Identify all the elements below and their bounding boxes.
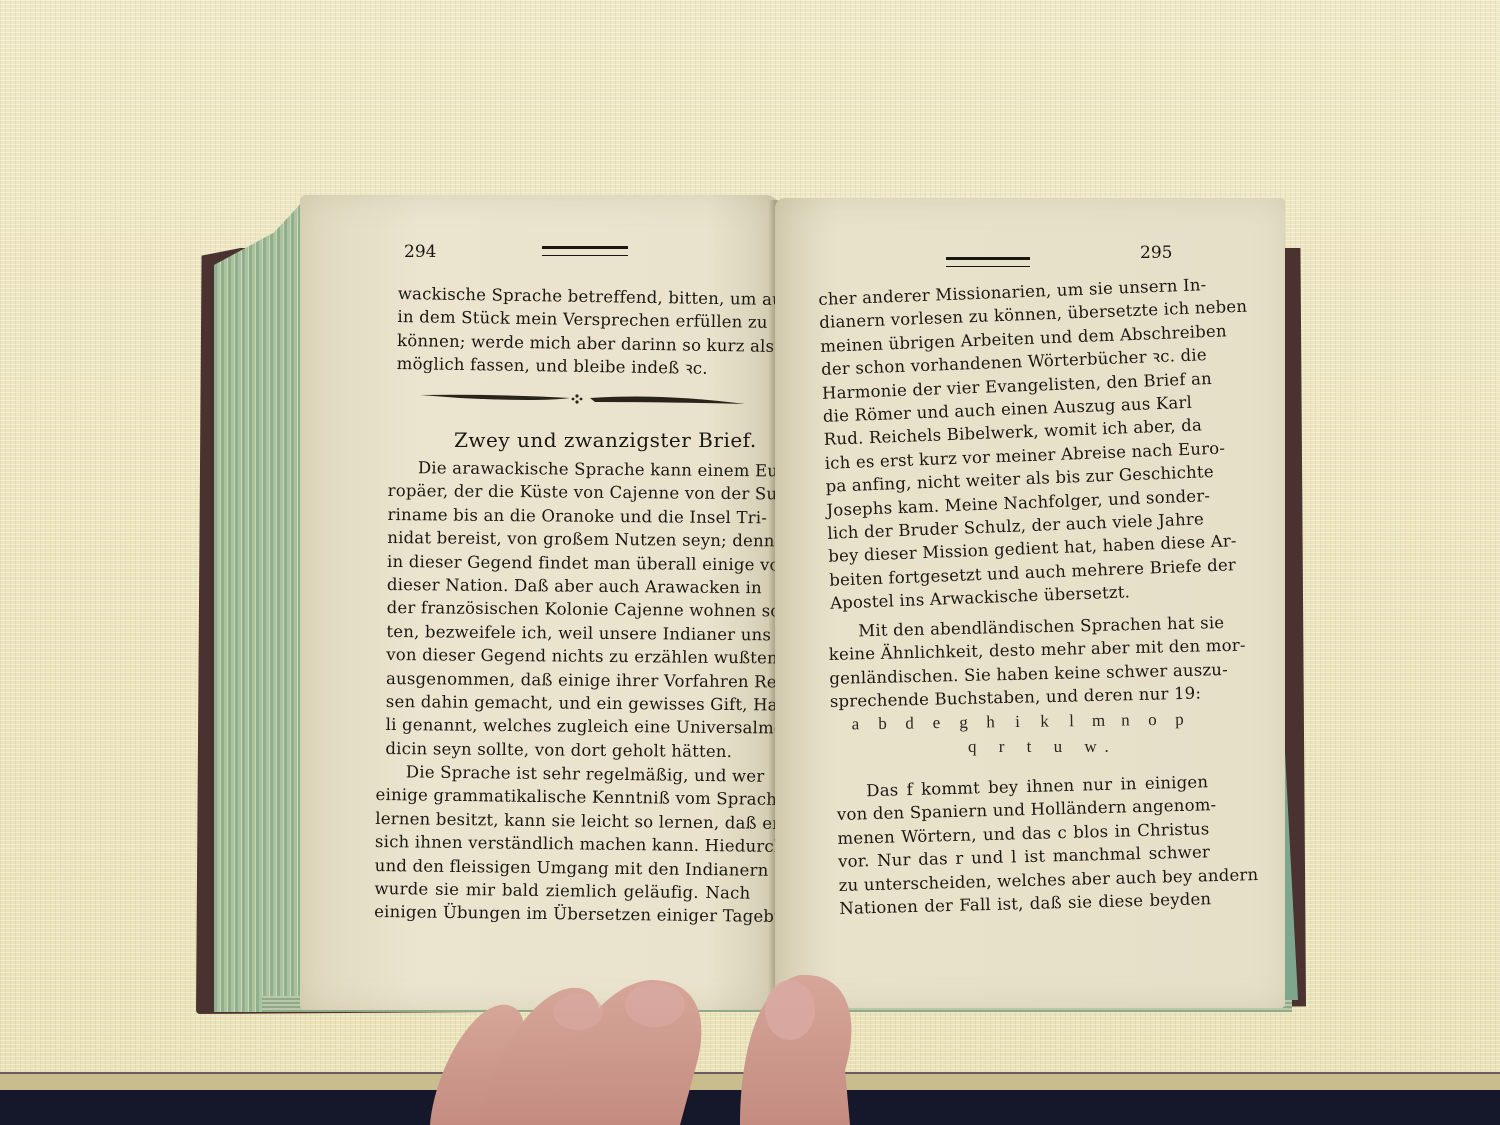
text-line: li genannt, welches zugleich eine Univer… — [386, 713, 754, 740]
text-line: in dieser Gegend findet man überall eini… — [387, 550, 755, 577]
alphabet-row-2: q r t u w. — [968, 737, 1118, 757]
text-line: der französischen Kolonie Cajenne wohnen… — [387, 596, 755, 623]
text-line: dicin seyn sollte, von dort geholt hätte… — [385, 737, 753, 764]
right-header-rule — [946, 257, 1030, 267]
left-page-number: 294 — [404, 242, 436, 262]
letter: o — [1139, 710, 1166, 730]
text-line: von dieser Gegend nichts zu erzählen wuß… — [386, 643, 754, 670]
left-paragraph-2: Die Sprache ist sehr regelmäßig, und wer… — [374, 760, 752, 928]
letter: p — [1166, 710, 1193, 730]
letter: n — [1112, 710, 1139, 730]
left-header-rule — [542, 246, 628, 256]
right-page-number: 295 — [1140, 243, 1172, 263]
text-line: einigen Übungen im Übersetzen einiger Ta… — [374, 900, 750, 928]
text-line: ten, bezweifele ich, weil unsere Indiane… — [386, 620, 754, 647]
right-paragraph-1: cher anderer Missionarien, um sie unsern… — [818, 274, 1188, 615]
text-line: ausgenommen, daß einige ihrer Vorfahren … — [386, 667, 754, 694]
text-line: ropäer, der die Küste von Cajenne von de… — [388, 479, 756, 506]
left-opening-text: wackische Sprache betreffend, bitten, um… — [397, 282, 756, 381]
letter: k — [1031, 711, 1058, 731]
text-line: sen dahin gemacht, und ein gewisses Gift… — [386, 690, 754, 717]
text-line: riname bis an die Oranoke und die Insel … — [387, 503, 755, 530]
letter: l — [1058, 711, 1085, 731]
ornament-divider — [420, 390, 745, 410]
letter: e — [923, 713, 950, 733]
left-paragraph-1: Die arawackische Sprache kann einem Eu- … — [385, 456, 756, 763]
text-line: nidat bereist, von großem Nutzen seyn; d… — [387, 526, 755, 553]
letter: m — [1085, 711, 1112, 731]
right-paragraph-2: Mit den abendländischen Sprachen hat sie… — [828, 612, 1198, 714]
right-paragraph-3: Das f kommt bey ihnen nur in einigen von… — [836, 770, 1212, 920]
hand — [410, 950, 870, 1125]
letter: b — [869, 714, 896, 734]
text-line: dieser Nation. Daß aber auch Arawacken i… — [387, 573, 755, 600]
letter: g — [950, 713, 977, 733]
letter: a — [842, 714, 869, 734]
letter: h — [977, 712, 1004, 732]
text-line: Die arawackische Sprache kann einem Eu- — [388, 456, 756, 483]
chapter-heading: Zwey und zwanzigster Brief. — [454, 428, 757, 452]
letter: i — [1004, 712, 1031, 732]
letter: d — [896, 713, 923, 733]
